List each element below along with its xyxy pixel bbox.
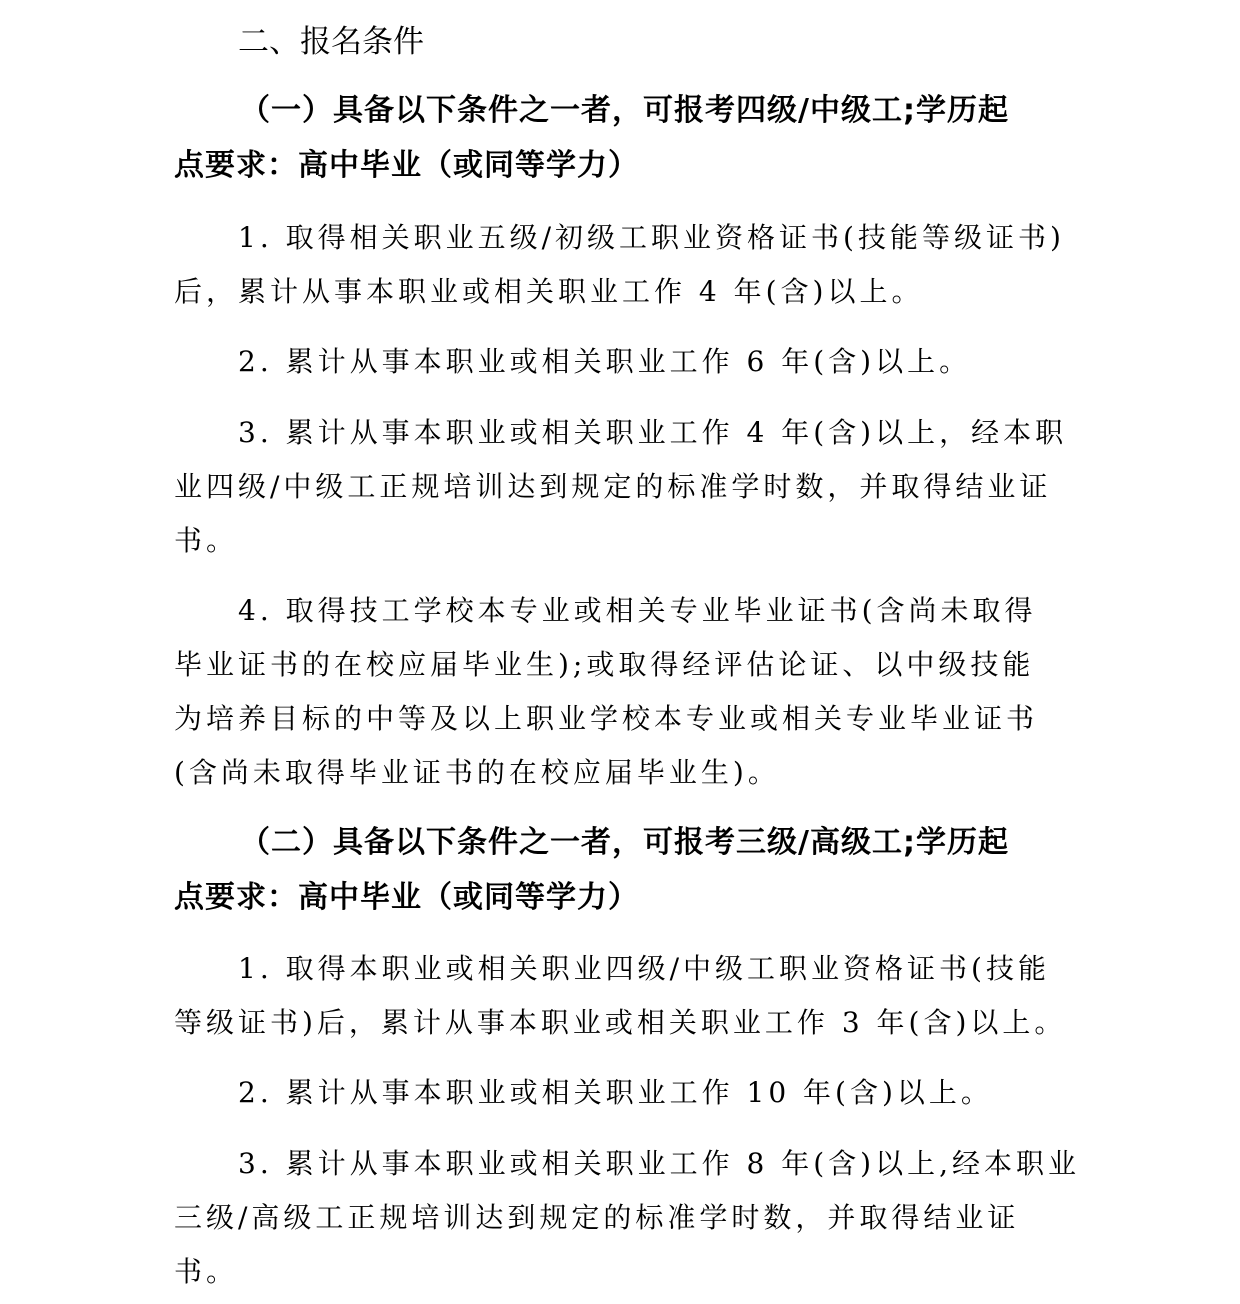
list-item: 书。 [174,527,238,555]
list-item: 等级证书)后，累计从事本职业或相关职业工作 3 年(含)以上。 [174,1009,1066,1037]
list-item: 4. 取得技工学校本专业或相关专业毕业证书(含尚未取得 [238,597,1037,625]
list-item: 为培养目标的中等及以上职业学校本专业或相关专业毕业证书 [174,705,1038,733]
section-title: 二、报名条件 [238,27,424,58]
list-item: 3. 累计从事本职业或相关职业工作 8 年(含)以上,经本职业 [238,1150,1080,1178]
list-item: 三级/高级工正规培训达到规定的标准学时数，并取得结业证 [174,1204,1019,1232]
list-item: 业四级/中级工正规培训达到规定的标准学时数，并取得结业证 [174,473,1051,501]
list-item: (含尚未取得毕业证书的在校应届毕业生)。 [174,759,780,787]
subsection-heading: 点要求：高中毕业（或同等学力） [174,883,639,913]
list-item: 2. 累计从事本职业或相关职业工作 6 年(含)以上。 [238,348,971,376]
list-item: 2. 累计从事本职业或相关职业工作 10 年(含)以上。 [238,1079,993,1107]
list-item: 1. 取得相关职业五级/初级工职业资格证书(技能等级证书) [238,224,1065,252]
list-item: 书。 [174,1258,238,1286]
subsection-heading: （二）具备以下条件之一者，可报考三级/高级工;学历起 [240,828,1009,858]
list-item: 毕业证书的在校应届毕业生);或取得经评估论证、以中级技能 [174,651,1034,679]
subsection-heading: 点要求：高中毕业（或同等学力） [174,151,639,181]
subsection-heading: （一）具备以下条件之一者，可报考四级/中级工;学历起 [240,96,1009,126]
list-item: 后，累计从事本职业或相关职业工作 4 年(含)以上。 [174,278,923,306]
list-item: 1. 取得本职业或相关职业四级/中级工职业资格证书(技能 [238,955,1050,983]
list-item: 3. 累计从事本职业或相关职业工作 4 年(含)以上，经本职 [238,419,1067,447]
